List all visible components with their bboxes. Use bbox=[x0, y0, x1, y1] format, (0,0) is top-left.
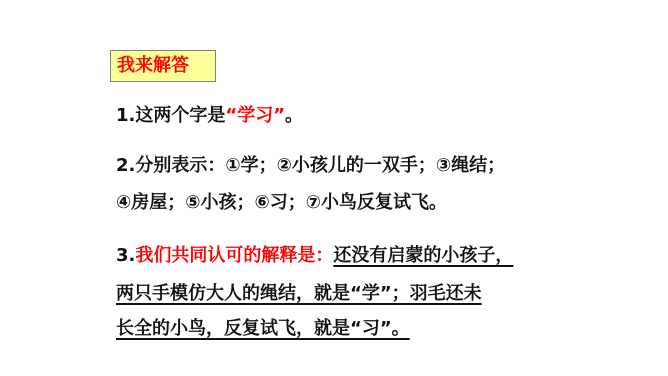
answer-line-4: 3.我们共同认可的解释是：还没有启蒙的小孩子， bbox=[116, 244, 513, 268]
line1-highlight: “学习” bbox=[225, 105, 285, 126]
answer-line-6: 长全的小鸟，反复试飞，就是“习”。 bbox=[116, 317, 410, 341]
line1-prefix: 1.这两个字是 bbox=[116, 105, 225, 126]
line4-heading: 我们共同认可的解释是： bbox=[135, 245, 333, 266]
line4-number: 3. bbox=[116, 245, 135, 266]
line1-suffix: 。 bbox=[285, 105, 303, 126]
answer-line-5: 两只手模仿大人的绳结，就是“学”；羽毛还未 bbox=[116, 282, 482, 306]
line4-answer: 还没有启蒙的小孩子， bbox=[333, 245, 513, 266]
answer-label: 我来解答 bbox=[110, 50, 216, 82]
answer-line-1: 1.这两个字是“学习”。 bbox=[116, 104, 303, 128]
answer-line-3: ④房屋；⑤小孩；⑥习；⑦小鸟反复试飞。 bbox=[116, 191, 447, 215]
answer-line-2: 2.分别表示：①学；②小孩儿的一双手；③绳结； bbox=[116, 154, 505, 178]
